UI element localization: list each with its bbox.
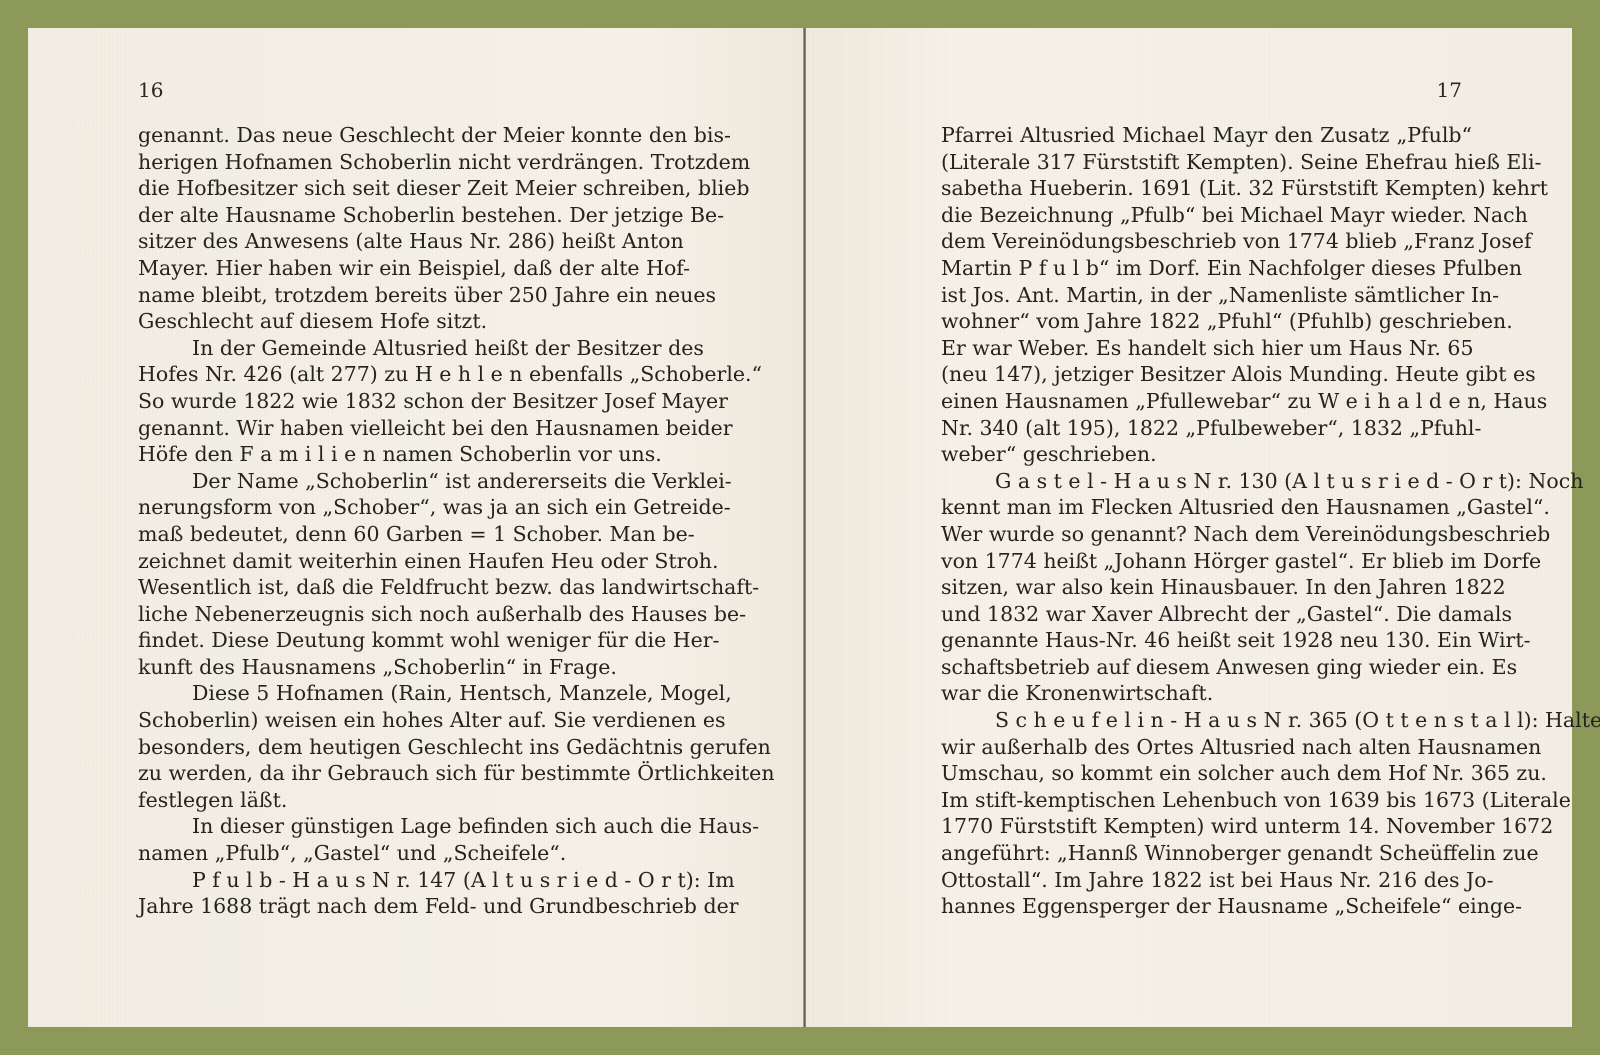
text-line: Schoberlin) weisen ein hohes Alter auf. … [138, 707, 670, 734]
text-line: 1770 Fürststift Kempten) wird unterm 14.… [941, 813, 1472, 840]
text-line: sitzen, war also kein Hinausbauer. In de… [941, 574, 1472, 601]
text-line: Pfarrei Altusried Michael Mayr den Zusat… [941, 122, 1472, 149]
text-line: kennt man im Flecken Altusried den Hausn… [941, 494, 1472, 521]
right-page-text: Pfarrei Altusried Michael Mayr den Zusat… [941, 122, 1472, 920]
text-line: Umschau, so kommt ein solcher auch dem H… [941, 760, 1472, 787]
left-page-text: genannt. Das neue Geschlecht der Meier k… [138, 122, 670, 920]
page-number-right: 17 [1437, 78, 1462, 102]
text-line: liche Nebenerzeugnis sich noch außerhalb… [138, 601, 670, 628]
text-line: Nr. 340 (alt 195), 1822 „Pfulbeweber“, 1… [941, 415, 1472, 442]
book-spread: 16 genannt. Das neue Geschlecht der Meie… [28, 28, 1572, 1027]
text-line: kunft des Hausnamens „Schoberlin“ in Fra… [138, 654, 670, 681]
text-line: nerungsform von „Schober“, was ja an sic… [138, 494, 670, 521]
text-line: dem Vereinödungsbeschrieb von 1774 blieb… [941, 228, 1472, 255]
text-line: der alte Hausname Schoberlin bestehen. D… [138, 202, 670, 229]
text-line: Geschlecht auf diesem Hofe sitzt. [138, 308, 670, 335]
text-line: Jahre 1688 trägt nach dem Feld- und Grun… [138, 893, 670, 920]
text-line: Mayer. Hier haben wir ein Beispiel, daß … [138, 255, 670, 282]
text-line: genannte Haus-Nr. 46 heißt seit 1928 neu… [941, 627, 1472, 654]
text-line: P f u l b - H a u s N r. 147 (A l t u s … [138, 867, 670, 894]
text-line: die Bezeichnung „Pfulb“ bei Michael Mayr… [941, 202, 1472, 229]
text-line: G a s t e l - H a u s N r. 130 (A l t u … [941, 468, 1472, 495]
text-line: Ottostall“. Im Jahre 1822 ist bei Haus N… [941, 867, 1472, 894]
text-line: Wer wurde so genannt? Nach dem Vereinödu… [941, 521, 1472, 548]
text-line: Im stift-kemptischen Lehenbuch von 1639 … [941, 787, 1472, 814]
text-line: Martin P f u l b“ im Dorf. Ein Nachfolge… [941, 255, 1472, 282]
right-page: 17 Pfarrei Altusried Michael Mayr den Zu… [806, 28, 1572, 1027]
text-line: sitzer des Anwesens (alte Haus Nr. 286) … [138, 228, 670, 255]
text-line: zu werden, da ihr Gebrauch sich für best… [138, 760, 670, 787]
text-line: einen Hausnamen „Pfullewebar“ zu W e i h… [941, 388, 1472, 415]
text-line: war die Kronenwirtschaft. [941, 680, 1472, 707]
text-line: name bleibt, trotzdem bereits über 250 J… [138, 282, 670, 309]
text-line: Höfe den F a m i l i e n namen Schoberli… [138, 441, 670, 468]
text-line: schaftsbetrieb auf diesem Anwesen ging w… [941, 654, 1472, 681]
text-line: (neu 147), jetziger Besitzer Alois Mundi… [941, 361, 1472, 388]
text-line: genannt. Wir haben vielleicht bei den Ha… [138, 415, 670, 442]
text-line: findet. Diese Deutung kommt wohl weniger… [138, 627, 670, 654]
text-line: wir außerhalb des Ortes Altusried nach a… [941, 734, 1472, 761]
text-line: Diese 5 Hofnamen (Rain, Hentsch, Manzele… [138, 680, 670, 707]
text-line: namen „Pfulb“, „Gastel“ und „Scheifele“. [138, 840, 670, 867]
text-line: wohner“ vom Jahre 1822 „Pfuhl“ (Pfuhlb) … [941, 308, 1472, 335]
text-line: Der Name „Schoberlin“ ist andererseits d… [138, 468, 670, 495]
text-line: maß bedeutet, denn 60 Garben = 1 Schober… [138, 521, 670, 548]
text-line: zeichnet damit weiterhin einen Haufen He… [138, 548, 670, 575]
text-line: angeführt: „Hannß Winnoberger genandt Sc… [941, 840, 1472, 867]
text-line: (Literale 317 Fürststift Kempten). Seine… [941, 149, 1472, 176]
text-line: besonders, dem heutigen Geschlecht ins G… [138, 734, 670, 761]
text-line: genannt. Das neue Geschlecht der Meier k… [138, 122, 670, 149]
text-line: sabetha Hueberin. 1691 (Lit. 32 Fürststi… [941, 175, 1472, 202]
text-line: Hofes Nr. 426 (alt 277) zu H e h l e n e… [138, 361, 670, 388]
left-page: 16 genannt. Das neue Geschlecht der Meie… [28, 28, 804, 1027]
page-number-left: 16 [138, 78, 163, 102]
text-line: In dieser günstigen Lage befinden sich a… [138, 813, 670, 840]
text-line: festlegen läßt. [138, 787, 670, 814]
text-line: die Hofbesitzer sich seit dieser Zeit Me… [138, 175, 670, 202]
text-line: weber“ geschrieben. [941, 441, 1472, 468]
text-line: ist Jos. Ant. Martin, in der „Namenliste… [941, 282, 1472, 309]
text-line: und 1832 war Xaver Albrecht der „Gastel“… [941, 601, 1472, 628]
text-line: hannes Eggensperger der Hausname „Scheif… [941, 893, 1472, 920]
text-line: So wurde 1822 wie 1832 schon der Besitze… [138, 388, 670, 415]
text-line: Wesentlich ist, daß die Feldfrucht bezw.… [138, 574, 670, 601]
text-line: In der Gemeinde Altusried heißt der Besi… [138, 335, 670, 362]
text-line: von 1774 heißt „Johann Hörger gastel“. E… [941, 548, 1472, 575]
text-line: Er war Weber. Es handelt sich hier um Ha… [941, 335, 1472, 362]
text-line: herigen Hofnamen Schoberlin nicht verdrä… [138, 149, 670, 176]
text-line: S c h e u f e l i n - H a u s N r. 365 (… [941, 707, 1472, 734]
